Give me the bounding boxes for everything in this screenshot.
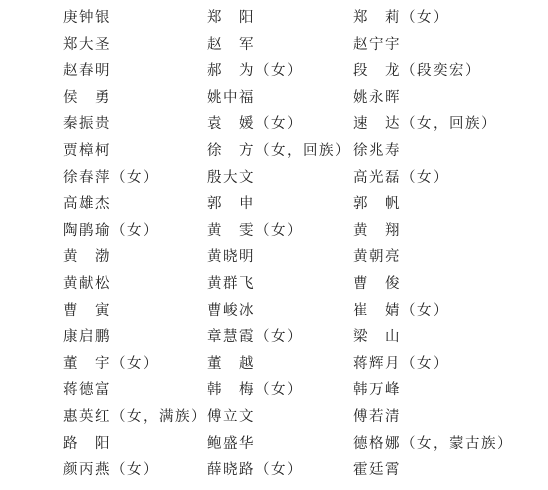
name-entry: 袁 媛（女） [207, 111, 303, 137]
name-entry: 曹 俊 [353, 271, 401, 297]
name-row: 黄 渤 黄晓明 黄朝亮 [0, 244, 548, 271]
name-entry: 颜丙燕（女） [63, 457, 159, 483]
name-entry: 董 宇（女） [63, 351, 159, 377]
name-entry: 康启鹏 [63, 324, 111, 350]
name-entry: 姚中福 [207, 85, 255, 111]
name-entry: 韩 梅（女） [207, 377, 303, 403]
name-entry: 鲍盛华 [207, 431, 255, 457]
name-entry: 赵宁宇 [353, 32, 401, 58]
name-row: 董 宇（女） 董 越 蒋辉月（女） [0, 351, 548, 378]
name-entry: 霍廷霄 [353, 457, 401, 483]
name-entry: 赵春明 [63, 58, 111, 84]
name-row: 秦振贵 袁 媛（女） 速 达（女，回族） [0, 111, 548, 138]
name-row: 颜丙燕（女） 薛晓路（女） 霍廷霄 [0, 457, 548, 484]
name-row: 曹 寅 曹峻冰 崔 婧（女） [0, 298, 548, 325]
name-entry: 陶鹃瑜（女） [63, 218, 159, 244]
name-entry: 薛晓路（女） [207, 457, 303, 483]
name-entry: 黄朝亮 [353, 244, 401, 270]
name-entry: 郭 申 [207, 191, 255, 217]
name-entry: 黄群飞 [207, 271, 255, 297]
name-entry: 黄 雯（女） [207, 218, 303, 244]
name-entry: 黄 翔 [353, 218, 401, 244]
name-entry: 郑大圣 [63, 32, 111, 58]
name-entry: 贾樟柯 [63, 138, 111, 164]
name-entry: 高光磊（女） [353, 165, 449, 191]
name-entry: 韩万峰 [353, 377, 401, 403]
name-row: 蒋德富 韩 梅（女） 韩万峰 [0, 377, 548, 404]
name-entry: 曹 寅 [63, 298, 111, 324]
name-entry: 速 达（女，回族） [353, 111, 497, 137]
name-entry: 董 越 [207, 351, 255, 377]
name-entry: 徐 方（女，回族） [207, 138, 351, 164]
name-entry: 秦振贵 [63, 111, 111, 137]
name-entry: 高雄杰 [63, 191, 111, 217]
name-entry: 傅立文 [207, 404, 255, 430]
name-entry: 蒋德富 [63, 377, 111, 403]
name-entry: 惠英红（女，满族） [63, 404, 207, 430]
name-entry: 曹峻冰 [207, 298, 255, 324]
name-entry: 赵 军 [207, 32, 255, 58]
name-entry: 黄晓明 [207, 244, 255, 270]
name-entry: 章慧霞（女） [207, 324, 303, 350]
name-entry: 徐兆寿 [353, 138, 401, 164]
name-row: 陶鹃瑜（女） 黄 雯（女） 黄 翔 [0, 218, 548, 245]
name-row: 路 阳 鲍盛华 德格娜（女，蒙古族） [0, 431, 548, 458]
name-entry: 梁 山 [353, 324, 401, 350]
name-entry: 黄献松 [63, 271, 111, 297]
name-row: 赵春明 郝 为（女） 段 龙（段奕宏） [0, 58, 548, 85]
name-row: 高雄杰 郭 申 郭 帆 [0, 191, 548, 218]
name-entry: 傅若清 [353, 404, 401, 430]
name-entry: 殷大文 [207, 165, 255, 191]
name-row: 侯 勇 姚中福 姚永晖 [0, 85, 548, 112]
name-entry: 徐春萍（女） [63, 165, 159, 191]
name-entry: 路 阳 [63, 431, 111, 457]
name-row: 黄献松 黄群飞 曹 俊 [0, 271, 548, 298]
name-row: 郑大圣 赵 军 赵宁宇 [0, 32, 548, 59]
name-list: 庚钟银 郑 阳 郑 莉（女） 郑大圣 赵 军 赵宁宇 赵春明 郝 为（女） 段 … [0, 5, 548, 484]
name-entry: 郑 莉（女） [353, 5, 449, 31]
name-entry: 庚钟银 [63, 5, 111, 31]
name-row: 贾樟柯 徐 方（女，回族） 徐兆寿 [0, 138, 548, 165]
name-entry: 崔 婧（女） [353, 298, 449, 324]
name-row: 庚钟银 郑 阳 郑 莉（女） [0, 5, 548, 32]
name-entry: 蒋辉月（女） [353, 351, 449, 377]
name-row: 徐春萍（女） 殷大文 高光磊（女） [0, 165, 548, 192]
name-entry: 德格娜（女，蒙古族） [353, 431, 513, 457]
name-entry: 段 龙（段奕宏） [353, 58, 481, 84]
name-entry: 姚永晖 [353, 85, 401, 111]
name-row: 康启鹏 章慧霞（女） 梁 山 [0, 324, 548, 351]
name-entry: 郭 帆 [353, 191, 401, 217]
name-entry: 郝 为（女） [207, 58, 303, 84]
name-entry: 侯 勇 [63, 85, 111, 111]
name-entry: 郑 阳 [207, 5, 255, 31]
name-entry: 黄 渤 [63, 244, 111, 270]
name-row: 惠英红（女，满族） 傅立文 傅若清 [0, 404, 548, 431]
